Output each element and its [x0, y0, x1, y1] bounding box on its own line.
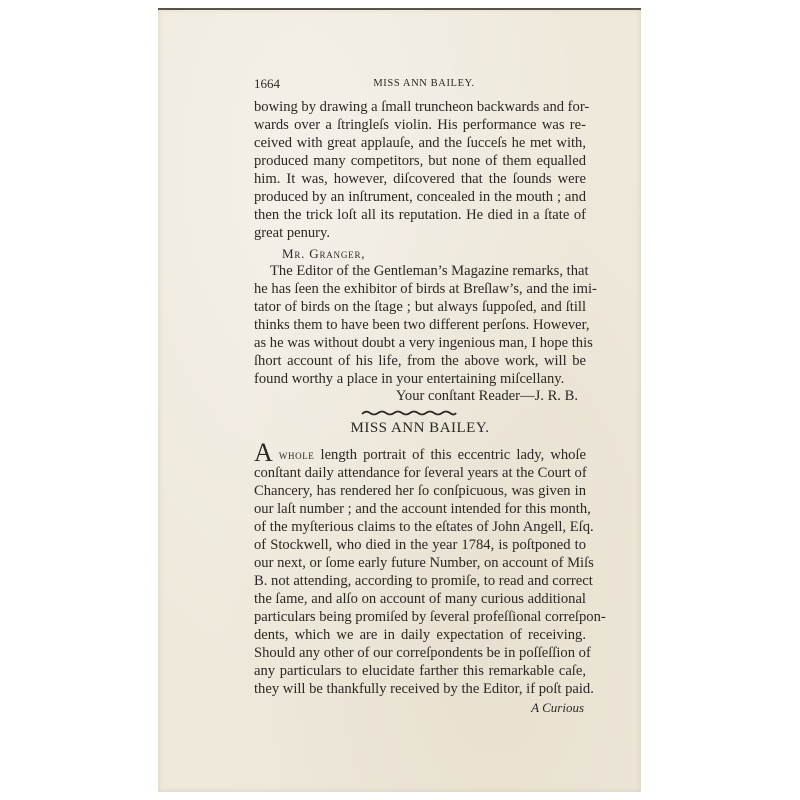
text-line: produced by an inſtrument, concealed in …: [254, 188, 586, 206]
letter-salutation: Mr. Granger,: [282, 246, 365, 262]
text-line: Should any other of our correſpondents b…: [254, 644, 586, 662]
text-line: produced many competitors, but none of t…: [254, 152, 586, 170]
text-line: he has ſeen the exhibitor of birds at Br…: [254, 280, 586, 298]
text-line: our next, or ſome early future Number, o…: [254, 554, 586, 572]
text-line: then the trick loſt all its reputation. …: [254, 206, 586, 224]
catchword: A Curious: [531, 700, 584, 716]
ornamental-rule-icon: [360, 409, 458, 417]
text-line: of the myſterious claims to the eſtates …: [254, 518, 586, 536]
text-line: found worthy a place in your entertainin…: [254, 370, 586, 388]
text-line: dents, which we are in daily expectation…: [254, 626, 586, 644]
article-first-line: A whole length portrait of this eccentri…: [254, 444, 586, 462]
text-line: ſhort account of his life, from the abov…: [254, 352, 586, 370]
text-line: the ſame, and alſo on account of many cu…: [254, 590, 586, 608]
text-line: bowing by drawing a ſmall truncheon back…: [254, 98, 586, 116]
text-line: wards over a ſtringleſs violin. His perf…: [254, 116, 586, 134]
text-line: conſtant daily attendance for ſeveral ye…: [254, 464, 586, 482]
article-heading: MISS ANN BAILEY.: [254, 420, 586, 437]
running-title: MISS ANN BAILEY.: [254, 78, 586, 89]
text-line: ceived with great applauſe, and the ſucc…: [254, 134, 586, 152]
text-line: The Editor of the Gentleman’s Magazine r…: [270, 262, 586, 280]
text-line: great penury.: [254, 224, 586, 242]
text-line: him. It was, however, diſcovered that th…: [254, 170, 586, 188]
drop-cap: A: [254, 438, 273, 467]
text-line: particulars being promiſed by ſeveral pr…: [254, 608, 586, 626]
lead-word: whole: [279, 447, 315, 462]
text-line: our laſt number ; and the account intend…: [254, 500, 586, 518]
text-line: tator of birds on the ſtage ; but always…: [254, 298, 586, 316]
text-line: B. not attending, according to promiſe, …: [254, 572, 586, 590]
text-line: any particulars to elucidate farther thi…: [254, 662, 586, 680]
text-line: of Stockwell, who died in the year 1784,…: [254, 536, 586, 554]
first-line-rest: length portrait of this eccentric lady, …: [314, 447, 586, 463]
text-line: as he was without doubt a very ingenious…: [254, 334, 586, 352]
letter-signature: Your conſtant Reader—J. R. B.: [396, 388, 578, 405]
text-line: Chancery, has rendered her ſo conſpicuou…: [254, 482, 586, 500]
text-line: they will be thankfully received by the …: [254, 680, 586, 698]
text-line: thinks them to have been two different p…: [254, 316, 586, 334]
running-head: 1664 MISS ANN BAILEY.: [254, 76, 586, 94]
